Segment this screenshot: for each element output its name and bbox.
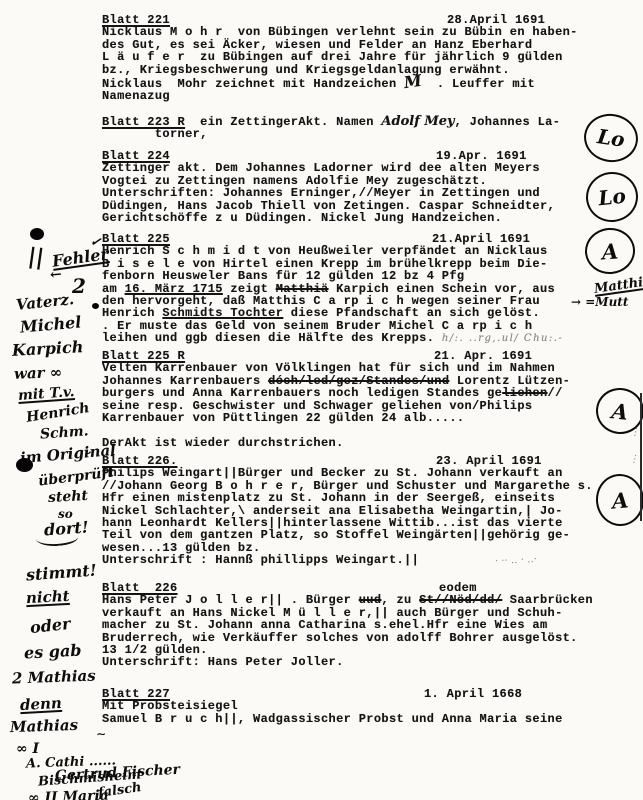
document-scan-page: Blatt 22128.April 1691Nicklaus M o h r v… — [0, 0, 643, 800]
typed-line: Teil von dem gantzen Platz, so Stoffel W… — [102, 529, 643, 541]
typed-line: Karrenbauer von Püttlingen 22 gülden 24 … — [102, 412, 643, 424]
register-entry-blatt-225r: Blatt 225 R21. Apr. 1691Velten Karrenbau… — [102, 350, 643, 449]
note-vaterz: Vaterz. — [15, 292, 74, 313]
typed-line: Nicklaus M o h r von Bübingen verlehnt s… — [102, 26, 643, 38]
note-michel: Michel — [19, 314, 82, 335]
note-war-oo: war ∞ — [14, 365, 63, 382]
typed-segment: , Johannes La- — [455, 115, 561, 129]
typed-line: Unterschrift : Hannß phillipps Weingart.… — [102, 554, 643, 566]
note-schm: Schm. — [40, 424, 89, 441]
note-fehler-arrow: ← — [49, 268, 62, 283]
typed-line: Philips Weingart||Bürger und Becker zu S… — [102, 467, 643, 479]
ink-dot-3 — [92, 303, 99, 309]
note-nicht: nicht — [26, 589, 70, 606]
typed-line: Henrich Schmidts Tochter diese Pfandscha… — [102, 307, 643, 319]
entry-date: 1. April 1668 — [424, 688, 522, 700]
note-karpich: Karpich — [12, 339, 84, 359]
typed-line: L ä u f e r zu Bübingen auf drei Jahre f… — [102, 51, 643, 63]
note-2-mathias: 2 Mathias — [12, 669, 96, 687]
ink-dot-1 — [30, 228, 44, 240]
register-entry-blatt-226-2: Blatt 226eodemHans Peter J o l l e r|| .… — [102, 582, 643, 669]
typed-line: Hans Peter J o l l e r|| . Bürger uud, z… — [102, 594, 643, 606]
typed-line — [102, 424, 643, 436]
typed-line: macher zu St. Johann anna Catharina s.eh… — [102, 619, 643, 631]
register-entry-blatt-226: Blatt 226.23. April 1691Philips Weingart… — [102, 455, 643, 567]
faint-dots-2: ⋮ — [630, 428, 640, 438]
typed-line: burgers und Anna Karrenbauers noch ledig… — [102, 387, 643, 399]
note-es-gab: es gab — [24, 643, 82, 662]
note-henrich: Henrich — [25, 401, 90, 425]
note-oder: oder — [29, 616, 71, 636]
note-stimmt: stimmt! — [26, 563, 98, 584]
typed-line: Samuel B r u c h||, Wadgassischer Probst… — [102, 713, 643, 725]
typed-line: Mit Probsteisiegel — [102, 700, 643, 712]
register-entry-blatt-221: Blatt 22128.April 1691Nicklaus M o h r v… — [102, 14, 643, 103]
typed-line: Unterschriften: Johannes Erninger,//Meye… — [102, 187, 643, 199]
faint-dots-3: ⋮ — [629, 455, 639, 465]
typed-line: Namenazug — [102, 90, 643, 102]
note-double-bar: || — [27, 245, 46, 269]
typed-segment: ein ZettingerAkt. Namen — [185, 115, 381, 129]
note-2: 2 — [72, 276, 86, 296]
typed-line: Henrich S c h m i d t von Heußweiler ver… — [102, 245, 643, 257]
register-entry-blatt-223r: Blatt 223 R ein ZettingerAkt. Namen Adol… — [102, 116, 643, 141]
typed-line: DerAkt ist wieder durchstrichen. — [102, 437, 643, 449]
ink-dot-2 — [16, 458, 33, 472]
typed-line: Unterschrift: Hans Peter Joller. — [102, 656, 643, 668]
note-oo-i: ∞ I — [16, 742, 39, 756]
register-entry-blatt-227: Blatt 2271. April 1668Mit Probsteisiegel… — [102, 688, 643, 725]
typed-line: Zettinger akt. Dem Johannes Ladorner wir… — [102, 162, 643, 174]
typed-line: leihen und ggb diesen die Hälfte des Kre… — [102, 332, 643, 345]
note-steht: steht — [48, 489, 89, 505]
check-mark: ✓ — [89, 235, 102, 250]
handwritten-overwrite: Adolf Mey — [381, 114, 454, 129]
typed-line: torner, — [102, 128, 643, 140]
note-denn: denn — [20, 696, 63, 713]
stray-tilde: ∼ — [96, 728, 106, 740]
typed-segment: // — [548, 386, 563, 400]
typed-line: Gerichtschöffe z u Düdingen. Nickel Jung… — [102, 212, 643, 224]
underline-swoosh — [35, 528, 78, 548]
faint-pencil-scribble: h/:. ..rg,.ul/ Chu:.- — [442, 333, 564, 344]
register-entry-blatt-225: Blatt 22521.April 1691Henrich S c h m i … — [102, 233, 643, 346]
typed-line: Hfr einen mistenplatz zu St. Johann in d… — [102, 492, 643, 504]
note-mathias: Mathias — [10, 718, 79, 735]
note-mutter-arrow: → =Mutt — [571, 296, 628, 308]
scan-edge-line — [640, 393, 642, 521]
typed-line: Nicklaus Mohr zeichnet mit Handzeichen M… — [102, 76, 643, 90]
handzeichen-monogram: M — [403, 75, 422, 90]
register-entry-blatt-224: Blatt 22419.Apr. 1691Zettinger akt. Dem … — [102, 150, 643, 224]
note-mit-tv: mit T.v. — [18, 385, 75, 403]
typed-segment: . Leuffer mit — [422, 77, 535, 91]
typed-line: bz., Kriegsbeschwerung und Kriegsgeldanl… — [102, 64, 643, 76]
typed-segment: leihen und ggb diesen die Hälfte des Kre… — [102, 331, 442, 345]
